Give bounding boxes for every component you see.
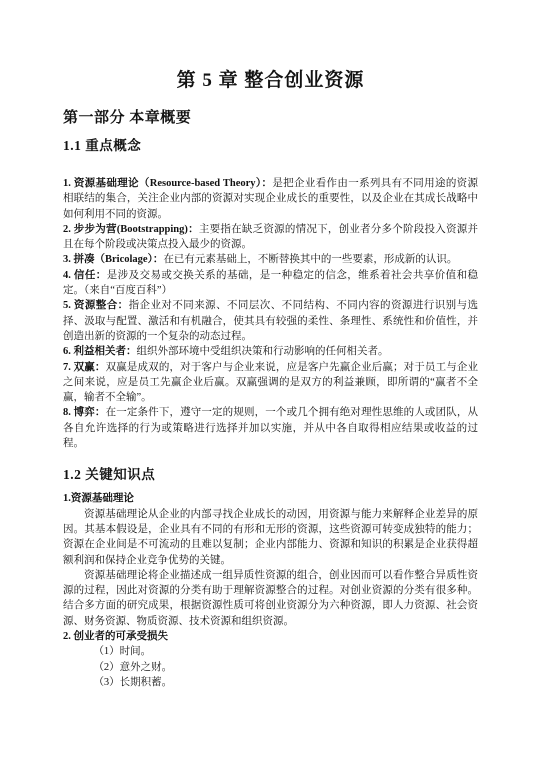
concept-item-6: 6. 利益相关者：组织外部环境中受组织决策和行动影响的任何相关者。 bbox=[63, 344, 478, 359]
part-heading: 第一部分 本章概要 bbox=[63, 108, 478, 128]
chapter-title: 第 5 章 整合创业资源 bbox=[63, 68, 478, 93]
concept-text-8: 在一定条件下，遵守一定的规则，一个或几个拥有绝对理性思维的人或团队，从各自允许选… bbox=[63, 407, 478, 449]
concept-term-2: 2. 步步为营(Bootstrapping)： bbox=[63, 224, 199, 235]
concept-term-5: 5. 资源整合： bbox=[63, 300, 129, 311]
point-1-paragraph-2: 资源基础理论将企业描述成一组异质性资源的组合，创业因而可以看作整合异质性资源的过… bbox=[63, 568, 478, 629]
concept-term-7: 7. 双赢： bbox=[63, 362, 106, 373]
concept-text-7: 双赢是成双的，对于客户与企业来说，应是客户先赢企业后赢；对于员工与企业之间来说，… bbox=[63, 362, 478, 404]
point-heading-2: 2. 创业者的可承受损失 bbox=[63, 629, 478, 644]
concept-item-3: 3. 拼凑（Bricolage）：在已有元素基础上，不断替换其中的一些要素，形成… bbox=[63, 252, 478, 267]
concept-term-3: 3. 拼凑（Bricolage）： bbox=[63, 254, 163, 265]
key-points: 1.资源基础理论 资源基础理论从企业的内部寻找企业成长的动因，用资源与能力来解释… bbox=[63, 491, 478, 690]
concept-text-6: 组织外部环境中受组织决策和行动影响的任何相关者。 bbox=[137, 346, 389, 357]
concept-term-4: 4. 信任： bbox=[63, 270, 107, 281]
concept-term-1: 1. 资源基础理论（Resource-based Theory）： bbox=[63, 178, 272, 189]
concepts-list: 1. 资源基础理论（Resource-based Theory）：是把企业看作由… bbox=[63, 176, 478, 451]
concept-item-5: 5. 资源整合：指企业对不同来源、不同层次、不同结构、不同内容的资源进行识别与选… bbox=[63, 298, 478, 344]
concept-term-6: 6. 利益相关者： bbox=[63, 346, 137, 357]
concept-item-1: 1. 资源基础理论（Resource-based Theory）：是把企业看作由… bbox=[63, 176, 478, 222]
concept-text-3: 在已有元素基础上，不断替换其中的一些要素，形成新的认识。 bbox=[163, 254, 457, 265]
concept-item-7: 7. 双赢：双赢是成双的，对于客户与企业来说，应是客户先赢企业后赢；对于员工与企… bbox=[63, 360, 478, 406]
concept-item-4: 4. 信任：是涉及交易或交换关系的基础，是一种稳定的信念，维系着社会共享价值和稳… bbox=[63, 268, 478, 299]
loss-item-3: （3）长期积蓄。 bbox=[63, 675, 478, 690]
point-1-paragraph-1: 资源基础理论从企业的内部寻找企业成长的动因，用资源与能力来解释企业差异的原因。其… bbox=[63, 507, 478, 568]
concept-item-8: 8. 博弈：在一定条件下，遵守一定的规则，一个或几个拥有绝对理性思维的人或团队，… bbox=[63, 405, 478, 451]
section-heading-1-1: 1.1 重点概念 bbox=[63, 137, 478, 155]
loss-item-1: （1）时间。 bbox=[63, 644, 478, 659]
loss-item-2: （2）意外之财。 bbox=[63, 660, 478, 675]
concept-term-8: 8. 博弈： bbox=[63, 407, 106, 418]
point-heading-1: 1.资源基础理论 bbox=[63, 491, 478, 506]
section-heading-1-2: 1.2 关键知识点 bbox=[63, 466, 478, 484]
document-page: 第 5 章 整合创业资源 第一部分 本章概要 1.1 重点概念 1. 资源基础理… bbox=[0, 0, 540, 762]
concept-item-2: 2. 步步为营(Bootstrapping)：主要指在缺乏资源的情况下，创业者分… bbox=[63, 222, 478, 253]
concept-text-4: 是涉及交易或交换关系的基础，是一种稳定的信念，维系着社会共享价值和稳定。（来自“… bbox=[63, 270, 478, 296]
